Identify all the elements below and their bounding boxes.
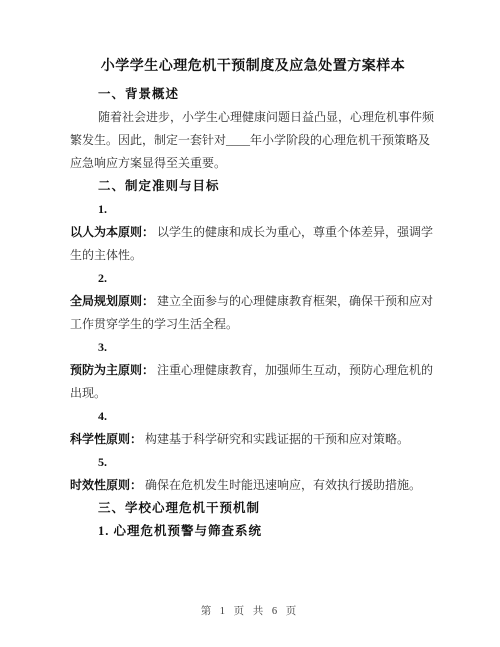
principle-item-body: 确保在危机发生时能迅速响应，有效执行援助措施。: [145, 478, 421, 492]
section3-heading: 三、学校心理危机干预机制: [70, 497, 436, 520]
principle-item-body: 以学生的健康和成长为重心，尊重个体差异，强调学: [157, 225, 433, 239]
principle-item-text: 预防为主原则：注重心理健康教育，加强师生互动，预防心理危机的: [70, 359, 436, 382]
section3-subheading: 1. 心理危机预警与筛查系统: [70, 520, 436, 543]
document-page: 小学学生心理危机干预制度及应急处置方案样本 一、背景概述 随着社会进步，小学生心…: [0, 0, 500, 647]
principle-item-number: 3.: [70, 336, 436, 359]
principle-item-text: 以人为本原则：以学生的健康和成长为重心，尊重个体差异，强调学: [70, 221, 436, 244]
principle-item-label: 科学性原则：: [70, 432, 145, 446]
principle-item-text: 科学性原则：构建基于科学研究和实践证据的干预和应对策略。: [70, 428, 436, 451]
principle-item-label: 预防为主原则：: [70, 363, 157, 377]
principle-item-number: 5.: [70, 451, 436, 474]
document-body: 小学学生心理危机干预制度及应急处置方案样本 一、背景概述 随着社会进步，小学生心…: [70, 54, 436, 543]
principle-item-number: 2.: [70, 267, 436, 290]
principle-item-body: 建立全面参与的心理健康教育框架，确保干预和应对: [157, 294, 433, 308]
page-number: 第 1 页 共 6 页: [0, 603, 500, 618]
section1-paragraph-line: 随着社会进步，小学生心理健康问题日益凸显，心理危机事件频: [70, 106, 436, 129]
principle-item-text: 生的主体性。: [70, 244, 436, 267]
principle-item-text: 全局规划原则：建立全面参与的心理健康教育框架，确保干预和应对: [70, 290, 436, 313]
principle-item-body: 构建基于科学研究和实践证据的干预和应对策略。: [145, 432, 409, 446]
section1-heading: 一、背景概述: [70, 83, 436, 106]
principle-item-label: 时效性原则：: [70, 478, 145, 492]
principle-item-number: 1.: [70, 198, 436, 221]
principle-item-label: 全局规划原则：: [70, 294, 157, 308]
section1-paragraph-line: 应急响应方案显得至关重要。: [70, 152, 436, 175]
principle-item-body: 注重心理健康教育，加强师生互动，预防心理危机的: [157, 363, 433, 377]
section2-heading: 二、制定准则与目标: [70, 175, 436, 198]
principle-item-text: 时效性原则：确保在危机发生时能迅速响应，有效执行援助措施。: [70, 474, 436, 497]
principle-item-label: 以人为本原则：: [70, 225, 157, 239]
principle-item-text: 出现。: [70, 382, 436, 405]
section1-paragraph-line: 繁发生。因此，制定一套针对____年小学阶段的心理危机干预策略及: [70, 129, 436, 152]
document-title: 小学学生心理危机干预制度及应急处置方案样本: [70, 54, 436, 80]
principle-item-text: 工作贯穿学生的学习生活全程。: [70, 313, 436, 336]
principle-item-number: 4.: [70, 405, 436, 428]
